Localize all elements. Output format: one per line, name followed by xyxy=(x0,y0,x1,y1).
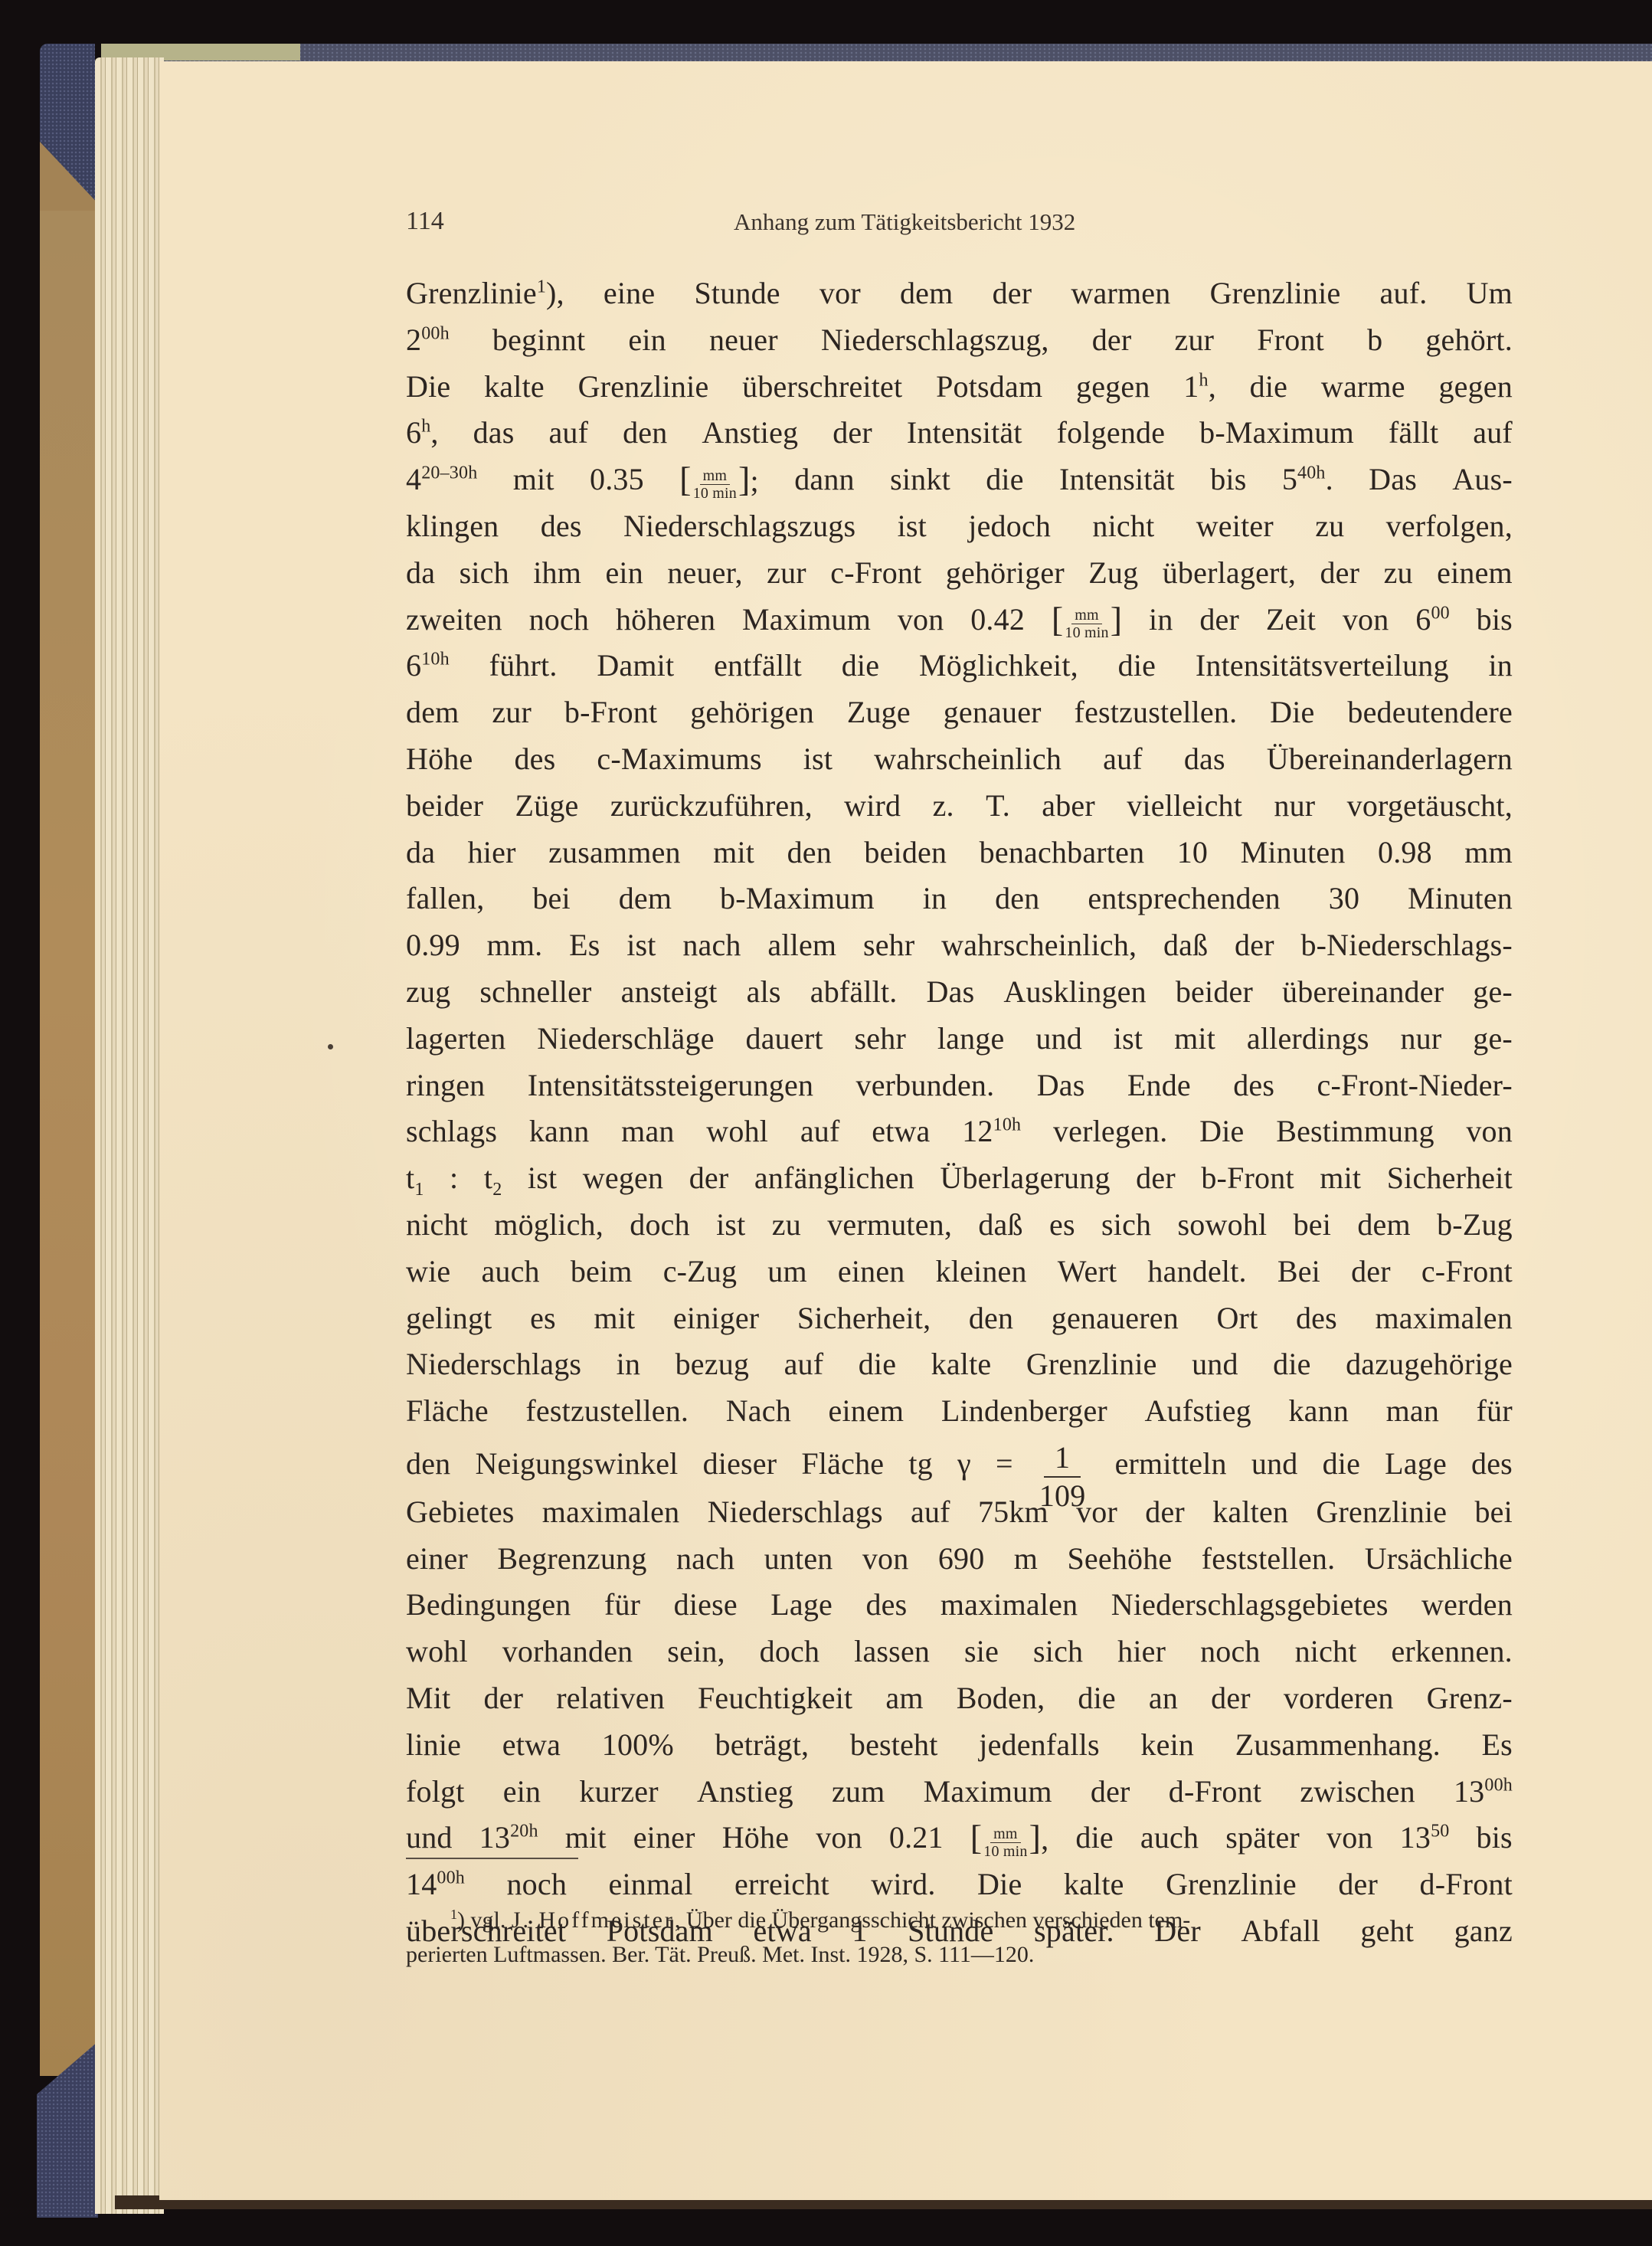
word: 0.35 xyxy=(590,458,644,501)
text-line: wohlvorhandensein,dochlassensiesichhiern… xyxy=(406,1630,1513,1673)
word: ansteigt xyxy=(621,971,718,1013)
word: der xyxy=(483,1677,523,1720)
text-line: folgteinkurzerAnstiegzumMaximumderd-Fron… xyxy=(406,1770,1513,1813)
word: festzustellen. xyxy=(1075,691,1238,734)
word: es xyxy=(1049,1203,1075,1246)
word: und xyxy=(1035,1017,1082,1060)
word: überlagert, xyxy=(1163,552,1296,594)
word: ein xyxy=(605,552,643,594)
word: fallen, xyxy=(406,877,484,920)
word: Anstieg xyxy=(697,1770,793,1813)
word: wohl xyxy=(706,1110,768,1153)
word: verbunden. xyxy=(856,1064,995,1107)
word: wohl xyxy=(406,1630,468,1673)
word: Niederschlags xyxy=(708,1491,883,1534)
word: handelt. xyxy=(1147,1250,1246,1293)
word: höheren xyxy=(616,598,715,641)
word: einer xyxy=(633,1816,695,1859)
word: Das xyxy=(1037,1064,1085,1107)
word: um xyxy=(767,1250,807,1293)
word: Zuge xyxy=(847,691,911,734)
word: Zug xyxy=(1088,552,1138,594)
word: ist xyxy=(626,924,656,967)
word: sinkt xyxy=(890,458,950,501)
word: Das xyxy=(1369,458,1417,501)
text-line: lagertenNiederschlägedauertsehrlangeundi… xyxy=(406,1017,1513,1060)
word: Die xyxy=(977,1863,1022,1906)
word: Züge xyxy=(515,784,578,827)
word: einiger xyxy=(673,1297,759,1340)
word: Überlagerung xyxy=(940,1157,1110,1200)
word: Die xyxy=(1199,1110,1244,1153)
word: den xyxy=(995,877,1039,920)
word: Intensität xyxy=(907,411,1022,454)
word: der xyxy=(1338,1863,1378,1906)
word: ge- xyxy=(1473,971,1513,1013)
word: gegen xyxy=(1076,365,1150,408)
word: das xyxy=(1184,738,1225,781)
word: linie xyxy=(406,1724,461,1766)
word: Feuchtigkeit xyxy=(698,1677,852,1720)
word: wahrscheinlich xyxy=(874,738,1062,781)
word: jedoch xyxy=(968,505,1051,548)
text-line: nichtmöglich,dochistzuvermuten,daßessich… xyxy=(406,1203,1513,1246)
word: bei xyxy=(1294,1203,1331,1246)
word: einer xyxy=(406,1537,468,1580)
word: bis xyxy=(1477,598,1513,641)
word: Niederschlagsgebietes xyxy=(1111,1583,1389,1626)
text-line: Flächefestzustellen.NacheinemLindenberge… xyxy=(406,1390,1513,1432)
word: werden xyxy=(1421,1583,1513,1626)
word: [mm10 min]; xyxy=(679,458,759,501)
text-line: klingendesNiederschlagszugsistjedochnich… xyxy=(406,505,1513,548)
text-line: MitderrelativenFeuchtigkeitamBoden,diean… xyxy=(406,1677,1513,1720)
word: des xyxy=(1471,1442,1513,1485)
word: 0.98 xyxy=(1378,831,1432,874)
word: Es xyxy=(1482,1724,1513,1766)
text-line: Höhedesc-Maximumsistwahrscheinlichaufdas… xyxy=(406,738,1513,781)
word: vielleicht xyxy=(1127,784,1242,827)
word: nicht xyxy=(1092,505,1154,548)
word: des xyxy=(1233,1064,1274,1107)
word: beim xyxy=(571,1250,633,1293)
word: dem xyxy=(619,877,672,920)
word: zur xyxy=(767,552,806,594)
word: Ursächliche xyxy=(1365,1537,1513,1580)
word: von xyxy=(1466,1110,1513,1153)
word: man xyxy=(1386,1390,1439,1432)
word: 10 xyxy=(1177,831,1208,874)
word: die xyxy=(859,1343,896,1386)
word: zurückzuführen, xyxy=(610,784,813,827)
word: Fläche xyxy=(406,1390,489,1432)
word: Maximum xyxy=(924,1770,1052,1813)
word: Aufstieg xyxy=(1145,1390,1251,1432)
word: auf xyxy=(784,1343,824,1386)
footnote-line-2: perierten Luftmassen. Ber. Tät. Preuß. M… xyxy=(406,1938,1513,1972)
text-line: wieauchbeimc-ZugumeinenkleinenWerthandel… xyxy=(406,1250,1513,1293)
word: Intensität xyxy=(1059,458,1175,501)
word: Niederschlags xyxy=(406,1343,581,1386)
word: Grenzlinie xyxy=(1210,272,1341,315)
word: bis xyxy=(1477,1816,1513,1859)
word: vorderen xyxy=(1284,1677,1394,1720)
word: schlags xyxy=(406,1110,497,1153)
word: warmen xyxy=(1071,272,1170,315)
word: vor xyxy=(819,272,861,315)
word: sich xyxy=(460,552,509,594)
word: von xyxy=(816,1816,862,1859)
word: der xyxy=(1092,319,1132,362)
word: gehörigen xyxy=(690,691,814,734)
word: Boden, xyxy=(957,1677,1045,1720)
word: unten xyxy=(764,1537,833,1580)
word: Mit xyxy=(406,1677,450,1720)
word: auf xyxy=(1473,411,1513,454)
text-line: t1:t2istwegenderanfänglichenÜberlagerung… xyxy=(406,1157,1513,1200)
word: b-Niederschlags- xyxy=(1300,924,1512,967)
word: zur xyxy=(1175,319,1215,362)
word: der xyxy=(1351,1250,1391,1293)
word: bis xyxy=(1210,458,1246,501)
text-line: demzurb-FrontgehörigenZugegenauerfestzus… xyxy=(406,691,1513,734)
word: Ausklingen xyxy=(1003,971,1146,1013)
word: 1350 xyxy=(1400,1816,1450,1859)
word: abfällt. xyxy=(810,971,898,1013)
word: kleinen xyxy=(936,1250,1027,1293)
word: etwa xyxy=(502,1724,561,1766)
word: [mm10 min] xyxy=(1052,598,1122,641)
word: etwa xyxy=(872,1110,930,1153)
word: 1320h xyxy=(479,1816,538,1859)
word: und xyxy=(1251,1442,1298,1485)
word: ge- xyxy=(1473,1017,1513,1060)
text-line: dahierzusammenmitdenbeidenbenachbarten10… xyxy=(406,831,1513,874)
margin-ink-dot xyxy=(328,1044,333,1049)
word: noch xyxy=(506,1863,567,1906)
text-line: fallen,beidemb-Maximumindenentsprechende… xyxy=(406,877,1513,920)
word: Zeit xyxy=(1266,598,1316,641)
word: Möglichkeit, xyxy=(919,644,1078,687)
footnote-line-1: 1) vgl. J. Hoffmeister, Über die Übergan… xyxy=(406,1904,1513,1937)
word: Fläche xyxy=(801,1442,884,1485)
word: Grenz- xyxy=(1427,1677,1513,1720)
word: Grenzlinie xyxy=(578,365,709,408)
text-line: GebietesmaximalenNiederschlagsauf75kmvor… xyxy=(406,1491,1513,1534)
word: weiter xyxy=(1196,505,1274,548)
word: wird. xyxy=(871,1863,935,1906)
word: 200h xyxy=(406,319,450,362)
word: mm. xyxy=(487,924,543,967)
word: 690 xyxy=(938,1537,985,1580)
word: kalte xyxy=(1064,1863,1124,1906)
word: verfolgen, xyxy=(1386,505,1513,548)
word: c-Maximums xyxy=(597,738,761,781)
word: genauer xyxy=(944,691,1042,734)
word: [mm10 min], xyxy=(970,1816,1049,1859)
word: diese xyxy=(674,1583,738,1626)
word: : xyxy=(450,1157,458,1200)
word: ist xyxy=(1114,1017,1143,1060)
word: relativen xyxy=(556,1677,665,1720)
word: dem xyxy=(406,691,459,734)
word: daß xyxy=(1163,924,1208,967)
word: besteht xyxy=(850,1724,938,1766)
text-line: zugschnelleransteigtalsabfällt.DasAuskli… xyxy=(406,971,1513,1013)
word: übereinander xyxy=(1282,971,1444,1013)
word: beiden xyxy=(864,831,947,874)
word: gelingt xyxy=(406,1297,492,1340)
word: Übereinanderlagern xyxy=(1267,738,1513,781)
text-line: BedingungenfürdieseLagedesmaximalenNiede… xyxy=(406,1583,1513,1626)
word: folgende xyxy=(1057,411,1166,454)
word: am xyxy=(885,1677,923,1720)
word: vor xyxy=(1076,1491,1117,1534)
word: b-Maximum xyxy=(1199,411,1354,454)
word: ermitteln xyxy=(1115,1442,1227,1485)
word: maximalen xyxy=(1375,1297,1513,1340)
word: zu xyxy=(1384,552,1413,594)
word: Anstieg xyxy=(702,411,798,454)
word: überschreitet xyxy=(742,365,902,408)
word: kein xyxy=(1140,1724,1194,1766)
word: den xyxy=(787,831,832,874)
word: d-Front xyxy=(1169,1770,1261,1813)
word: Intensitätssteigerungen xyxy=(528,1064,813,1107)
word: einen xyxy=(838,1250,905,1293)
word: ist xyxy=(528,1157,557,1200)
word: von xyxy=(898,598,944,641)
word: Intensitätsverteilung xyxy=(1196,644,1449,687)
word: ein xyxy=(503,1770,541,1813)
word: kalten xyxy=(1212,1491,1288,1534)
word: Zusammenhang. xyxy=(1235,1724,1441,1766)
word: beträgt, xyxy=(715,1724,810,1766)
word: Potsdam xyxy=(936,365,1042,408)
word: mm xyxy=(1464,831,1513,874)
word: der xyxy=(833,411,872,454)
word: neuer xyxy=(709,319,778,362)
word: dauert xyxy=(746,1017,823,1060)
word: Niederschlagszugs xyxy=(623,505,855,548)
running-title: Anhang zum Tätigkeitsbericht 1932 xyxy=(734,208,1075,236)
word: 1h, xyxy=(1183,365,1216,408)
word: = xyxy=(996,1442,1013,1485)
word: ringen xyxy=(406,1064,485,1107)
word: t2 xyxy=(484,1157,502,1200)
word: feststellen. xyxy=(1202,1537,1336,1580)
word: der xyxy=(993,272,1032,315)
text-line: NiederschlagsinbezugaufdiekalteGrenzlini… xyxy=(406,1343,1513,1386)
footnote-marker: 1 xyxy=(450,1907,457,1922)
word: Sicherheit, xyxy=(797,1297,931,1340)
word: das xyxy=(473,411,515,454)
word: Lindenberger xyxy=(941,1390,1107,1432)
word: zug xyxy=(406,971,450,1013)
word: Front xyxy=(1257,319,1324,362)
text-line: linieetwa100%beträgt,bestehtjedenfallske… xyxy=(406,1724,1513,1766)
word: zur xyxy=(492,691,532,734)
word: des xyxy=(514,738,555,781)
word: sich xyxy=(1033,1630,1083,1673)
word: Minuten xyxy=(1241,831,1346,874)
word: für xyxy=(604,1583,640,1626)
word: jedenfalls xyxy=(979,1724,1100,1766)
word: 0.99 xyxy=(406,924,460,967)
word: der xyxy=(1235,924,1274,967)
text-line: beiderZügezurückzuführen,wirdz.T.abervie… xyxy=(406,784,1513,827)
word: bezug xyxy=(676,1343,750,1386)
word: z. xyxy=(933,784,954,827)
text-line: dasichihmeinneuer,zurc-FrontgehörigerZug… xyxy=(406,552,1513,594)
word: kann xyxy=(529,1110,590,1153)
word: Nach xyxy=(726,1390,791,1432)
word: Lage xyxy=(1385,1442,1447,1485)
word: auch xyxy=(1140,1816,1199,1859)
text-line: zweitennochhöherenMaximumvon0.42[mm10 mi… xyxy=(406,598,1513,641)
word: entfällt xyxy=(714,644,802,687)
word: auf xyxy=(800,1110,840,1153)
word: folgt xyxy=(406,1770,465,1813)
text-line: denNeigungswinkeldieserFlächetgγ=1109erm… xyxy=(406,1442,1513,1485)
word: zweiten xyxy=(406,598,502,641)
word: Gebietes xyxy=(406,1491,515,1534)
word: mit xyxy=(513,458,554,501)
word: einem xyxy=(829,1390,905,1432)
word: 420–30h xyxy=(406,458,477,501)
word: ein xyxy=(628,319,666,362)
word: c-Zug xyxy=(663,1250,738,1293)
word: maximalen xyxy=(542,1491,680,1534)
text-line: 200hbeginnteinneuerNiederschlagszug,derz… xyxy=(406,319,1513,362)
word: erkennen. xyxy=(1391,1630,1512,1673)
footnote-text: , Über die Übergangsschicht zwischen ver… xyxy=(675,1907,1190,1933)
word: der xyxy=(1136,1157,1176,1200)
word: Lage xyxy=(770,1583,833,1626)
word: schneller xyxy=(479,971,591,1013)
word: beider xyxy=(406,784,483,827)
word: ist xyxy=(898,505,927,548)
word: entsprechenden xyxy=(1088,877,1281,920)
word: dieser xyxy=(703,1442,777,1485)
word: 0.21 xyxy=(889,1816,944,1859)
text-line: 6h,dasaufdenAnstiegderIntensitätfolgende… xyxy=(406,411,1513,454)
word: hier xyxy=(1117,1630,1166,1673)
word: lange xyxy=(937,1017,1005,1060)
page-number: 114 xyxy=(406,207,444,236)
word: die xyxy=(1323,1442,1360,1485)
word: b xyxy=(1367,319,1382,362)
word: nach xyxy=(682,924,741,967)
word: zusammen xyxy=(548,831,681,874)
word: auf xyxy=(1103,738,1143,781)
word: gehöriger xyxy=(946,552,1065,594)
word: Bedingungen xyxy=(406,1583,571,1626)
word: ihm xyxy=(533,552,581,594)
word: dem xyxy=(1357,1203,1410,1246)
word: der xyxy=(1199,598,1239,641)
text-line: und1320hmiteinerHöhevon0.21[mm10 min],di… xyxy=(406,1816,1513,1859)
word: benachbarten xyxy=(980,831,1145,874)
word: Niederschlagszug, xyxy=(821,319,1049,362)
word: mit xyxy=(713,831,754,874)
word: kurzer xyxy=(579,1770,658,1813)
word: Aus- xyxy=(1452,458,1513,501)
word: ist xyxy=(716,1203,745,1246)
word: vorgetäuscht, xyxy=(1347,784,1513,827)
word: einem xyxy=(1437,552,1513,594)
word: Ort xyxy=(1216,1297,1258,1340)
word: von xyxy=(862,1537,909,1580)
word: Höhe xyxy=(722,1816,789,1859)
word: warme xyxy=(1321,365,1405,408)
word: und xyxy=(406,1816,453,1859)
text-line: schlagskannmanwohlaufetwa1210hverlegen.D… xyxy=(406,1110,1513,1153)
word: kalte xyxy=(484,365,545,408)
word: eine xyxy=(604,272,655,315)
word: genaueren xyxy=(1052,1297,1179,1340)
word: 30 xyxy=(1329,877,1359,920)
word: mit xyxy=(594,1297,635,1340)
word: 75km xyxy=(978,1491,1048,1534)
word: der xyxy=(1211,1677,1251,1720)
word: auf. xyxy=(1380,272,1428,315)
word: vermuten, xyxy=(827,1203,952,1246)
word: c-Front-Nieder- xyxy=(1317,1064,1513,1107)
word: des xyxy=(1296,1297,1337,1340)
word: Damit xyxy=(597,644,674,687)
word: Bestimmung xyxy=(1276,1110,1434,1153)
word: neuer, xyxy=(667,552,742,594)
word: den xyxy=(406,1442,450,1485)
word: mit xyxy=(565,1816,607,1859)
text-line: DiekalteGrenzlinieüberschreitetPotsdamge… xyxy=(406,365,1513,408)
word: Wert xyxy=(1058,1250,1117,1293)
word: noch xyxy=(1200,1630,1261,1673)
word: nur xyxy=(1400,1017,1441,1060)
word: c-Front xyxy=(1421,1250,1513,1293)
word: zu xyxy=(772,1203,801,1246)
word: in xyxy=(1149,598,1173,641)
word: festzustellen. xyxy=(525,1390,689,1432)
word: dazugehörige xyxy=(1346,1343,1513,1386)
word: sehr xyxy=(863,924,914,967)
word: nicht xyxy=(406,1203,468,1246)
word: tg xyxy=(908,1442,933,1485)
text-line: gelingtesmiteinigerSicherheit,dengenauer… xyxy=(406,1297,1513,1340)
footnote-prefix: ) vgl. xyxy=(457,1907,512,1933)
word: wahrscheinlich, xyxy=(941,924,1137,967)
word: nur xyxy=(1274,784,1315,827)
word: lagerten xyxy=(406,1017,505,1060)
word: 1109 xyxy=(1038,1442,1091,1485)
word: gegen xyxy=(1438,365,1513,408)
word: des xyxy=(865,1583,907,1626)
word: die xyxy=(1250,365,1287,408)
word: b-Maximum xyxy=(720,877,875,920)
word: 0.42 xyxy=(970,598,1025,641)
word: auf xyxy=(548,411,588,454)
word: Maximum xyxy=(742,598,871,641)
word: hier xyxy=(468,831,516,874)
word: klingen xyxy=(406,505,499,548)
word: kann xyxy=(1288,1390,1349,1432)
word: von xyxy=(1327,1816,1373,1859)
word: doch xyxy=(760,1630,820,1673)
word: Neigungswinkel xyxy=(475,1442,678,1485)
word: als xyxy=(747,971,781,1013)
text-line: 610hführt.DamitentfälltdieMöglichkeit,di… xyxy=(406,644,1513,687)
